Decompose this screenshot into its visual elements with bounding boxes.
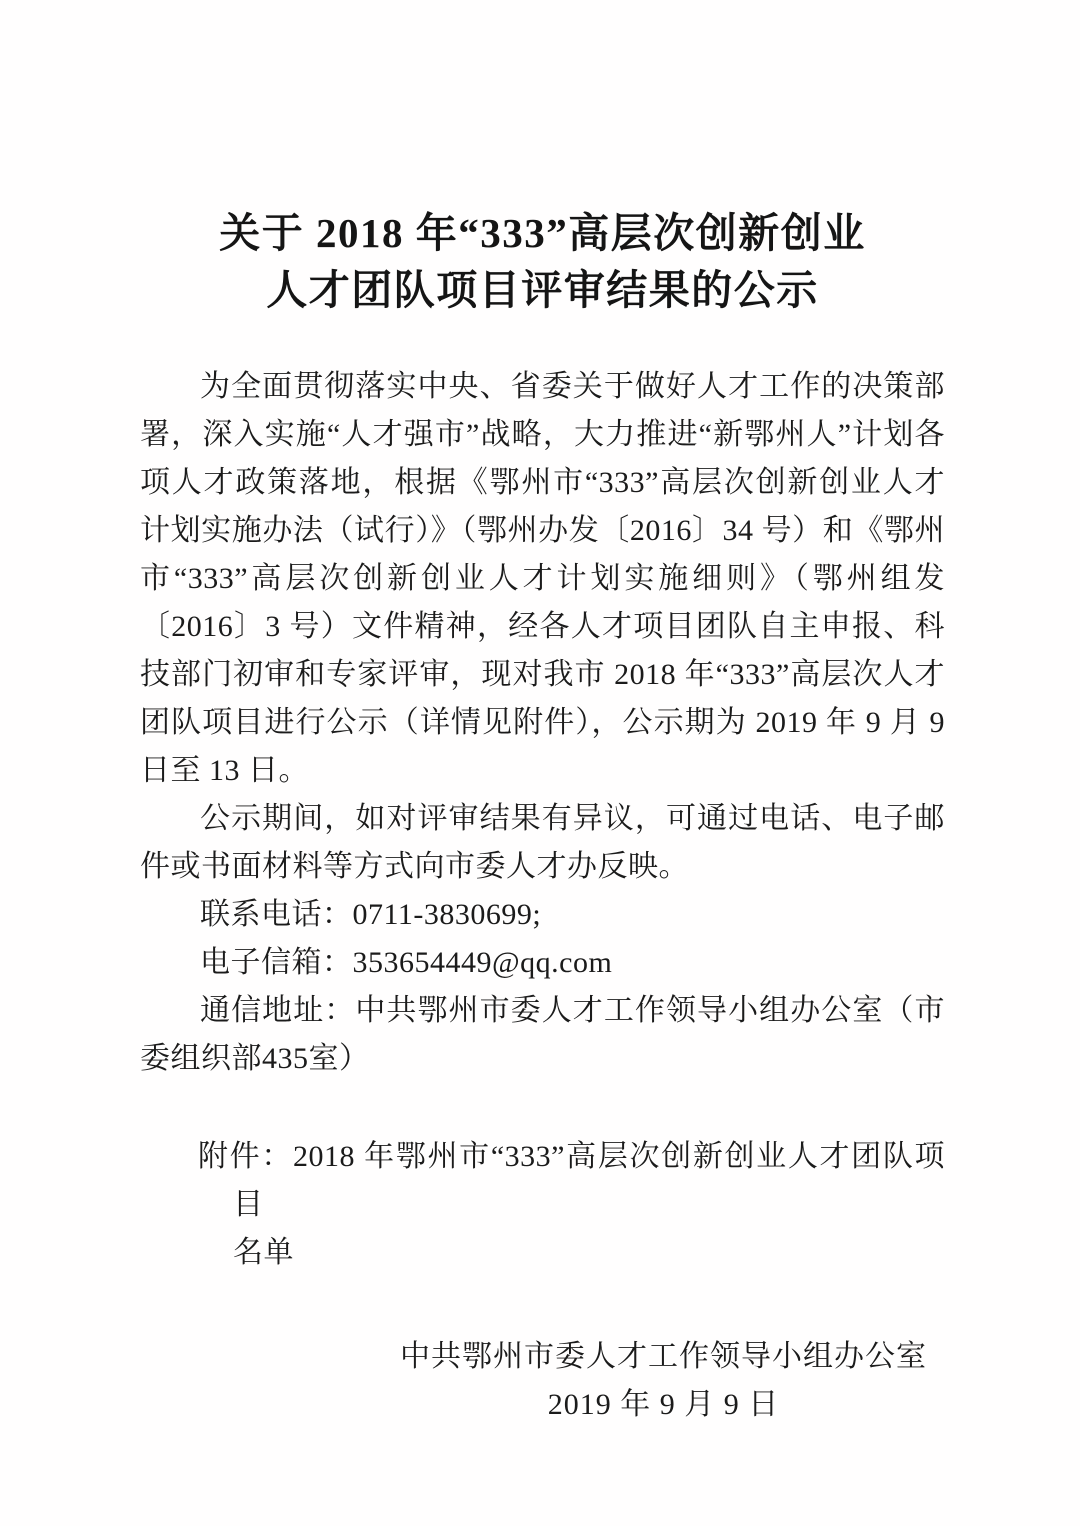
attachment-note: 附件：2018 年鄂州市“333”高层次创新创业人才团队项目名单: [140, 1133, 945, 1277]
signature-block: 中共鄂州市委人才工作领导小组办公室 2019 年 9 月 9 日: [400, 1333, 927, 1429]
attachment-label: 附件：: [198, 1140, 293, 1173]
paragraph-objection-channels: 公示期间，如对评审结果有异议，可通过电话、电子邮件或书面材料等方式向市委人才办反…: [140, 795, 945, 891]
title-line-1: 关于 2018 年“333”高层次创新创业: [140, 205, 945, 262]
document-title: 关于 2018 年“333”高层次创新创业 人才团队项目评审结果的公示: [140, 205, 945, 319]
document-page: 关于 2018 年“333”高层次创新创业 人才团队项目评审结果的公示 为全面贯…: [0, 0, 1080, 1526]
paragraph-policy-basis: 为全面贯彻落实中央、省委关于做好人才工作的决策部署，深入实施“人才强市”战略，大…: [140, 363, 945, 795]
attachment-text-line-2: 名单: [233, 1236, 294, 1269]
signature-organization: 中共鄂州市委人才工作领导小组办公室: [400, 1333, 927, 1381]
attachment-text-line-1: 2018 年鄂州市“333”高层次创新创业人才团队项目: [233, 1140, 945, 1221]
contact-email-line: 电子信箱：353654449@qq.com: [140, 939, 945, 987]
contact-phone-line: 联系电话：0711-3830699;: [140, 891, 945, 939]
title-line-2: 人才团队项目评审结果的公示: [140, 262, 945, 319]
signature-date: 2019 年 9 月 9 日: [400, 1381, 927, 1429]
contact-address-line: 通信地址：中共鄂州市委人才工作领导小组办公室（市委组织部435室）: [140, 987, 945, 1083]
document-body: 为全面贯彻落实中央、省委关于做好人才工作的决策部署，深入实施“人才强市”战略，大…: [140, 363, 945, 1429]
